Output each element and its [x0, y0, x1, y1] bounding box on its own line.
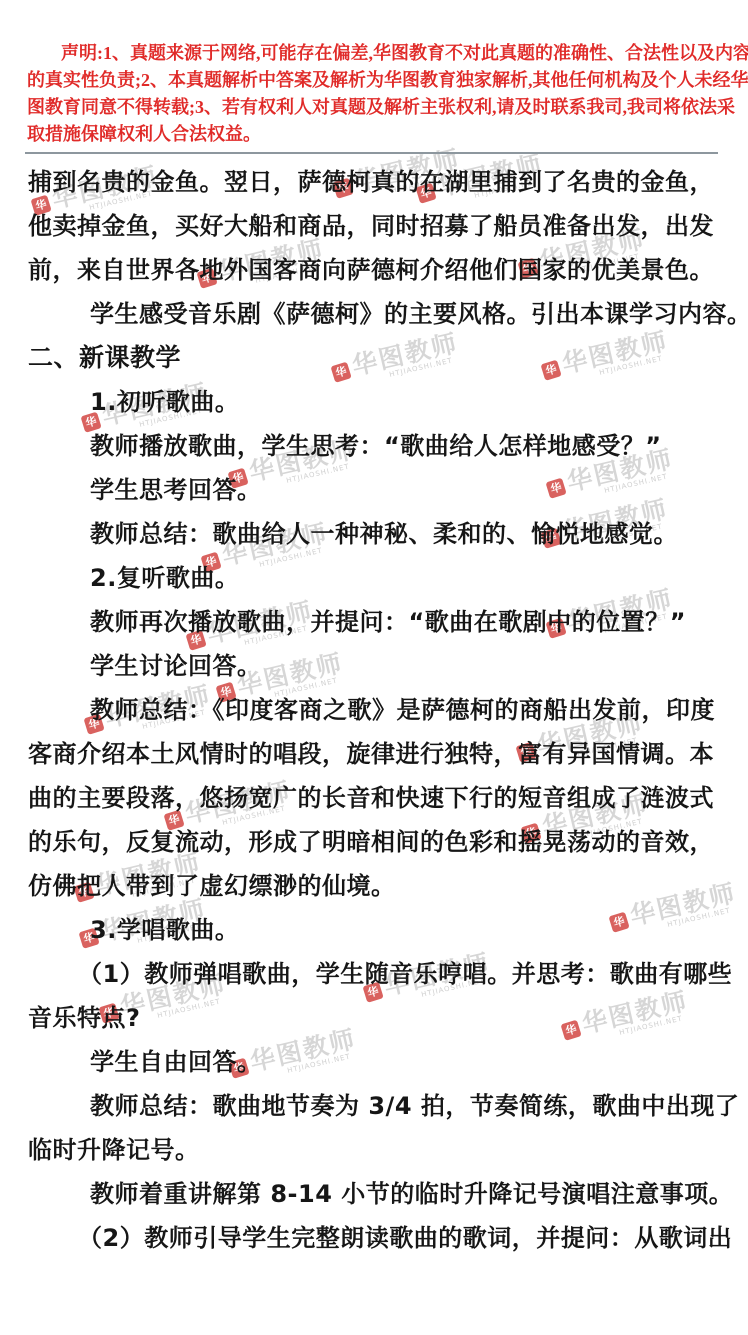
body-line: 曲的主要段落，悠扬宽广的长音和快速下行的短音组成了涟波式	[28, 776, 730, 820]
body-line: 捕到名贵的金鱼。翌日，萨德柯真的在湖里捕到了名贵的金鱼，	[28, 160, 730, 204]
body-line: 教师总结：《印度客商之歌》是萨德柯的商船出发前，印度	[28, 688, 730, 732]
body-line: 教师总结：歌曲给人一种神秘、柔和的、愉悦地感觉。	[28, 512, 730, 556]
body-line: 客商介绍本土风情时的唱段，旋律进行独特，富有异国情调。本	[28, 732, 730, 776]
body-line: （1）教师弹唱歌曲，学生随音乐哼唱。并思考：歌曲有哪些	[28, 952, 730, 996]
body-line: 1.初听歌曲。	[28, 380, 730, 424]
disclaimer-label: 声明:	[61, 43, 103, 63]
body-line: 前，来自世界各地外国客商向萨德柯介绍他们国家的优美景色。	[28, 248, 730, 292]
document-content: 声明:1、真题来源于网络,可能存在偏差,华图教育不对此真题的准确性、合法性以及内…	[0, 0, 748, 1335]
body-line: 的乐句，反复流动，形成了明暗相间的色彩和摇晃荡动的音效，	[28, 820, 730, 864]
body-line: 学生思考回答。	[28, 468, 730, 512]
disclaimer-line: 声明:1、真题来源于网络,可能存在偏差,华图教育不对此真题的准确性、合法性以及内…	[27, 40, 724, 67]
body-line: 2.复听歌曲。	[28, 556, 730, 600]
body-line: 教师播放歌曲，学生思考：“歌曲给人怎样地感受？”	[28, 424, 730, 468]
body-line: 学生讨论回答。	[28, 644, 730, 688]
body-line: 3.学唱歌曲。	[28, 908, 730, 952]
section-heading: 二、新课教学	[28, 336, 730, 380]
body-line: 教师着重讲解第 8-14 小节的临时升降记号演唱注意事项。	[28, 1172, 730, 1216]
body-line: 音乐特点?	[28, 996, 730, 1040]
body-line: 临时升降记号。	[28, 1128, 730, 1172]
disclaimer-line: 图教育同意不得转载;3、若有权利人对真题及解析主张权利,请及时联系我司,我司将依…	[27, 94, 724, 121]
document-page: 华华图教师HTJIAOSHI.NET华华图教师HTJIAOSHI.NET华华图教…	[0, 0, 748, 1335]
disclaimer-block: 声明:1、真题来源于网络,可能存在偏差,华图教育不对此真题的准确性、合法性以及内…	[0, 0, 748, 148]
lesson-plan-body: 捕到名贵的金鱼。翌日，萨德柯真的在湖里捕到了名贵的金鱼，他卖掉金鱼，买好大船和商…	[0, 154, 748, 1260]
body-line: 学生自由回答。	[28, 1040, 730, 1084]
body-line: 教师再次播放歌曲，并提问：“歌曲在歌剧中的位置？”	[28, 600, 730, 644]
body-line: 学生感受音乐剧《萨德柯》的主要风格。引出本课学习内容。	[28, 292, 730, 336]
body-line: （2）教师引导学生完整朗读歌曲的歌词，并提问：从歌词出	[28, 1216, 730, 1260]
body-line: 仿佛把人带到了虚幻缥渺的仙境。	[28, 864, 730, 908]
disclaimer-line: 取措施保障权利人合法权益。	[27, 121, 724, 148]
body-line: 他卖掉金鱼，买好大船和商品，同时招募了船员准备出发，出发	[28, 204, 730, 248]
body-line: 教师总结：歌曲地节奏为 3/4 拍，节奏简练，歌曲中出现了	[28, 1084, 730, 1128]
disclaimer-line: 的真实性负责;2、本真题解析中答案及解析为华图教育独家解析,其他任何机构及个人未…	[27, 67, 724, 94]
